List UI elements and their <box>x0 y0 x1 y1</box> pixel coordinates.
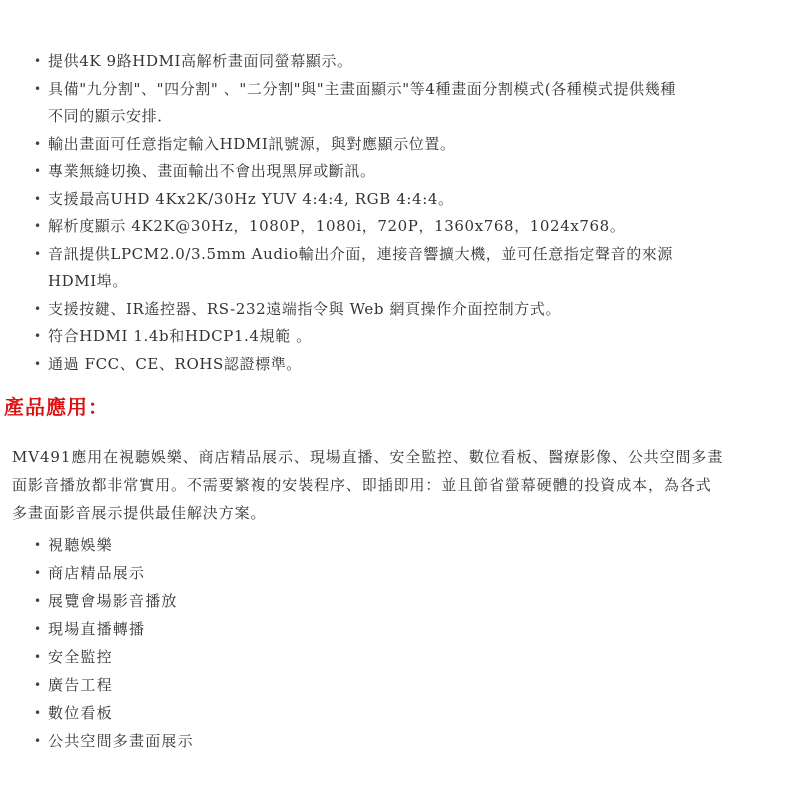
bullet-icon: • <box>34 699 42 727</box>
application-item: • 安全監控 <box>34 643 194 671</box>
bullet-icon: • <box>34 48 42 76</box>
bullet-icon: • <box>34 587 42 615</box>
product-description-page: • 提供4K 9路HDMI高解析畫面同螢幕顯示。 • 具備"九分割"、"四分割"… <box>0 0 802 802</box>
bullet-icon: • <box>34 351 42 379</box>
bullet-icon: • <box>34 559 42 587</box>
feature-item: • 支援按鍵、IR遙控器、RS-232遠端指令與 Web 網頁操作介面控制方式。 <box>34 296 794 324</box>
feature-text: 輸出畫面可任意指定輸入HDMI訊號源，與對應顯示位置。 <box>48 131 794 159</box>
bullet-icon: • <box>34 158 42 186</box>
bullet-icon: • <box>34 615 42 643</box>
intro-line: 面影音播放都非常實用。不需要繁複的安裝程序、即插即用：並且節省螢幕硬體的投資成本… <box>12 471 798 499</box>
feature-item: • 具備"九分割"、"四分割" 、"二分割"與"主畫面顯示"等4種畫面分割模式(… <box>34 76 794 131</box>
bullet-icon: • <box>34 323 42 351</box>
application-item: • 廣告工程 <box>34 671 194 699</box>
application-label: 公共空間多畫面展示 <box>48 732 194 750</box>
feature-text: 提供4K 9路HDMI高解析畫面同螢幕顯示。 <box>48 48 794 76</box>
application-item: • 數位看板 <box>34 699 194 727</box>
feature-item: • 解析度顯示 4K2K@30Hz，1080P，1080i，720P，1360x… <box>34 213 794 241</box>
application-label: 商店精品展示 <box>48 564 145 582</box>
application-label: 視聽娛樂 <box>48 536 113 554</box>
application-item: • 展覽會場影音播放 <box>34 587 194 615</box>
intro-line: MV491應用在視聽娛樂、商店精品展示、現場直播、安全監控、數位看板、醫療影像、… <box>12 443 798 471</box>
feature-item: • 音訊提供LPCM2.0/3.5mm Audio輸出介面，連接音響擴大機，並可… <box>34 241 794 296</box>
feature-text: 具備"九分割"、"四分割" 、"二分割"與"主畫面顯示"等4種畫面分割模式(各種… <box>48 76 794 104</box>
bullet-icon: • <box>34 241 42 269</box>
bullet-icon: • <box>34 213 42 241</box>
application-item: • 現場直播轉播 <box>34 615 194 643</box>
bullet-icon: • <box>34 131 42 159</box>
feature-text: 支援最高UHD 4Kx2K/30Hz YUV 4:4:4, RGB 4:4:4。 <box>48 186 794 214</box>
bullet-icon: • <box>34 531 42 559</box>
feature-text: 專業無縫切換、畫面輸出不會出現黑屏或斷訊。 <box>48 158 794 186</box>
feature-text: 符合HDMI 1.4b和HDCP1.4規範 。 <box>48 323 794 351</box>
application-item: • 視聽娛樂 <box>34 531 194 559</box>
feature-item: • 提供4K 9路HDMI高解析畫面同螢幕顯示。 <box>34 48 794 76</box>
application-label: 廣告工程 <box>48 676 113 694</box>
feature-item: • 專業無縫切換、畫面輸出不會出現黑屏或斷訊。 <box>34 158 794 186</box>
feature-text-continued: 不同的顯示安排． <box>48 103 794 131</box>
application-item: • 商店精品展示 <box>34 559 194 587</box>
application-list: • 視聽娛樂 • 商店精品展示 • 展覽會場影音播放 • 現場直播轉播 • 安全… <box>34 531 194 755</box>
application-label: 安全監控 <box>48 648 113 666</box>
feature-text: 音訊提供LPCM2.0/3.5mm Audio輸出介面，連接音響擴大機，並可任意… <box>48 241 794 269</box>
feature-text: 解析度顯示 4K2K@30Hz，1080P，1080i，720P，1360x76… <box>48 213 794 241</box>
bullet-icon: • <box>34 727 42 755</box>
intro-line: 多畫面影音展示提供最佳解決方案。 <box>12 499 798 527</box>
applications-heading: 產品應用： <box>4 391 109 420</box>
application-label: 展覽會場影音播放 <box>48 592 178 610</box>
feature-text-continued: HDMI埠。 <box>48 268 794 296</box>
feature-text: 通過 FCC、CE、ROHS認證標準。 <box>48 351 794 379</box>
bullet-icon: • <box>34 643 42 671</box>
application-label: 現場直播轉播 <box>48 620 145 638</box>
applications-intro: MV491應用在視聽娛樂、商店精品展示、現場直播、安全監控、數位看板、醫療影像、… <box>12 443 798 527</box>
feature-list: • 提供4K 9路HDMI高解析畫面同螢幕顯示。 • 具備"九分割"、"四分割"… <box>34 48 794 378</box>
bullet-icon: • <box>34 671 42 699</box>
application-item: • 公共空間多畫面展示 <box>34 727 194 755</box>
feature-item: • 通過 FCC、CE、ROHS認證標準。 <box>34 351 794 379</box>
bullet-icon: • <box>34 186 42 214</box>
bullet-icon: • <box>34 76 42 104</box>
feature-text: 支援按鍵、IR遙控器、RS-232遠端指令與 Web 網頁操作介面控制方式。 <box>48 296 794 324</box>
bullet-icon: • <box>34 296 42 324</box>
feature-item: • 符合HDMI 1.4b和HDCP1.4規範 。 <box>34 323 794 351</box>
application-label: 數位看板 <box>48 704 113 722</box>
feature-item: • 支援最高UHD 4Kx2K/30Hz YUV 4:4:4, RGB 4:4:… <box>34 186 794 214</box>
feature-item: • 輸出畫面可任意指定輸入HDMI訊號源，與對應顯示位置。 <box>34 131 794 159</box>
